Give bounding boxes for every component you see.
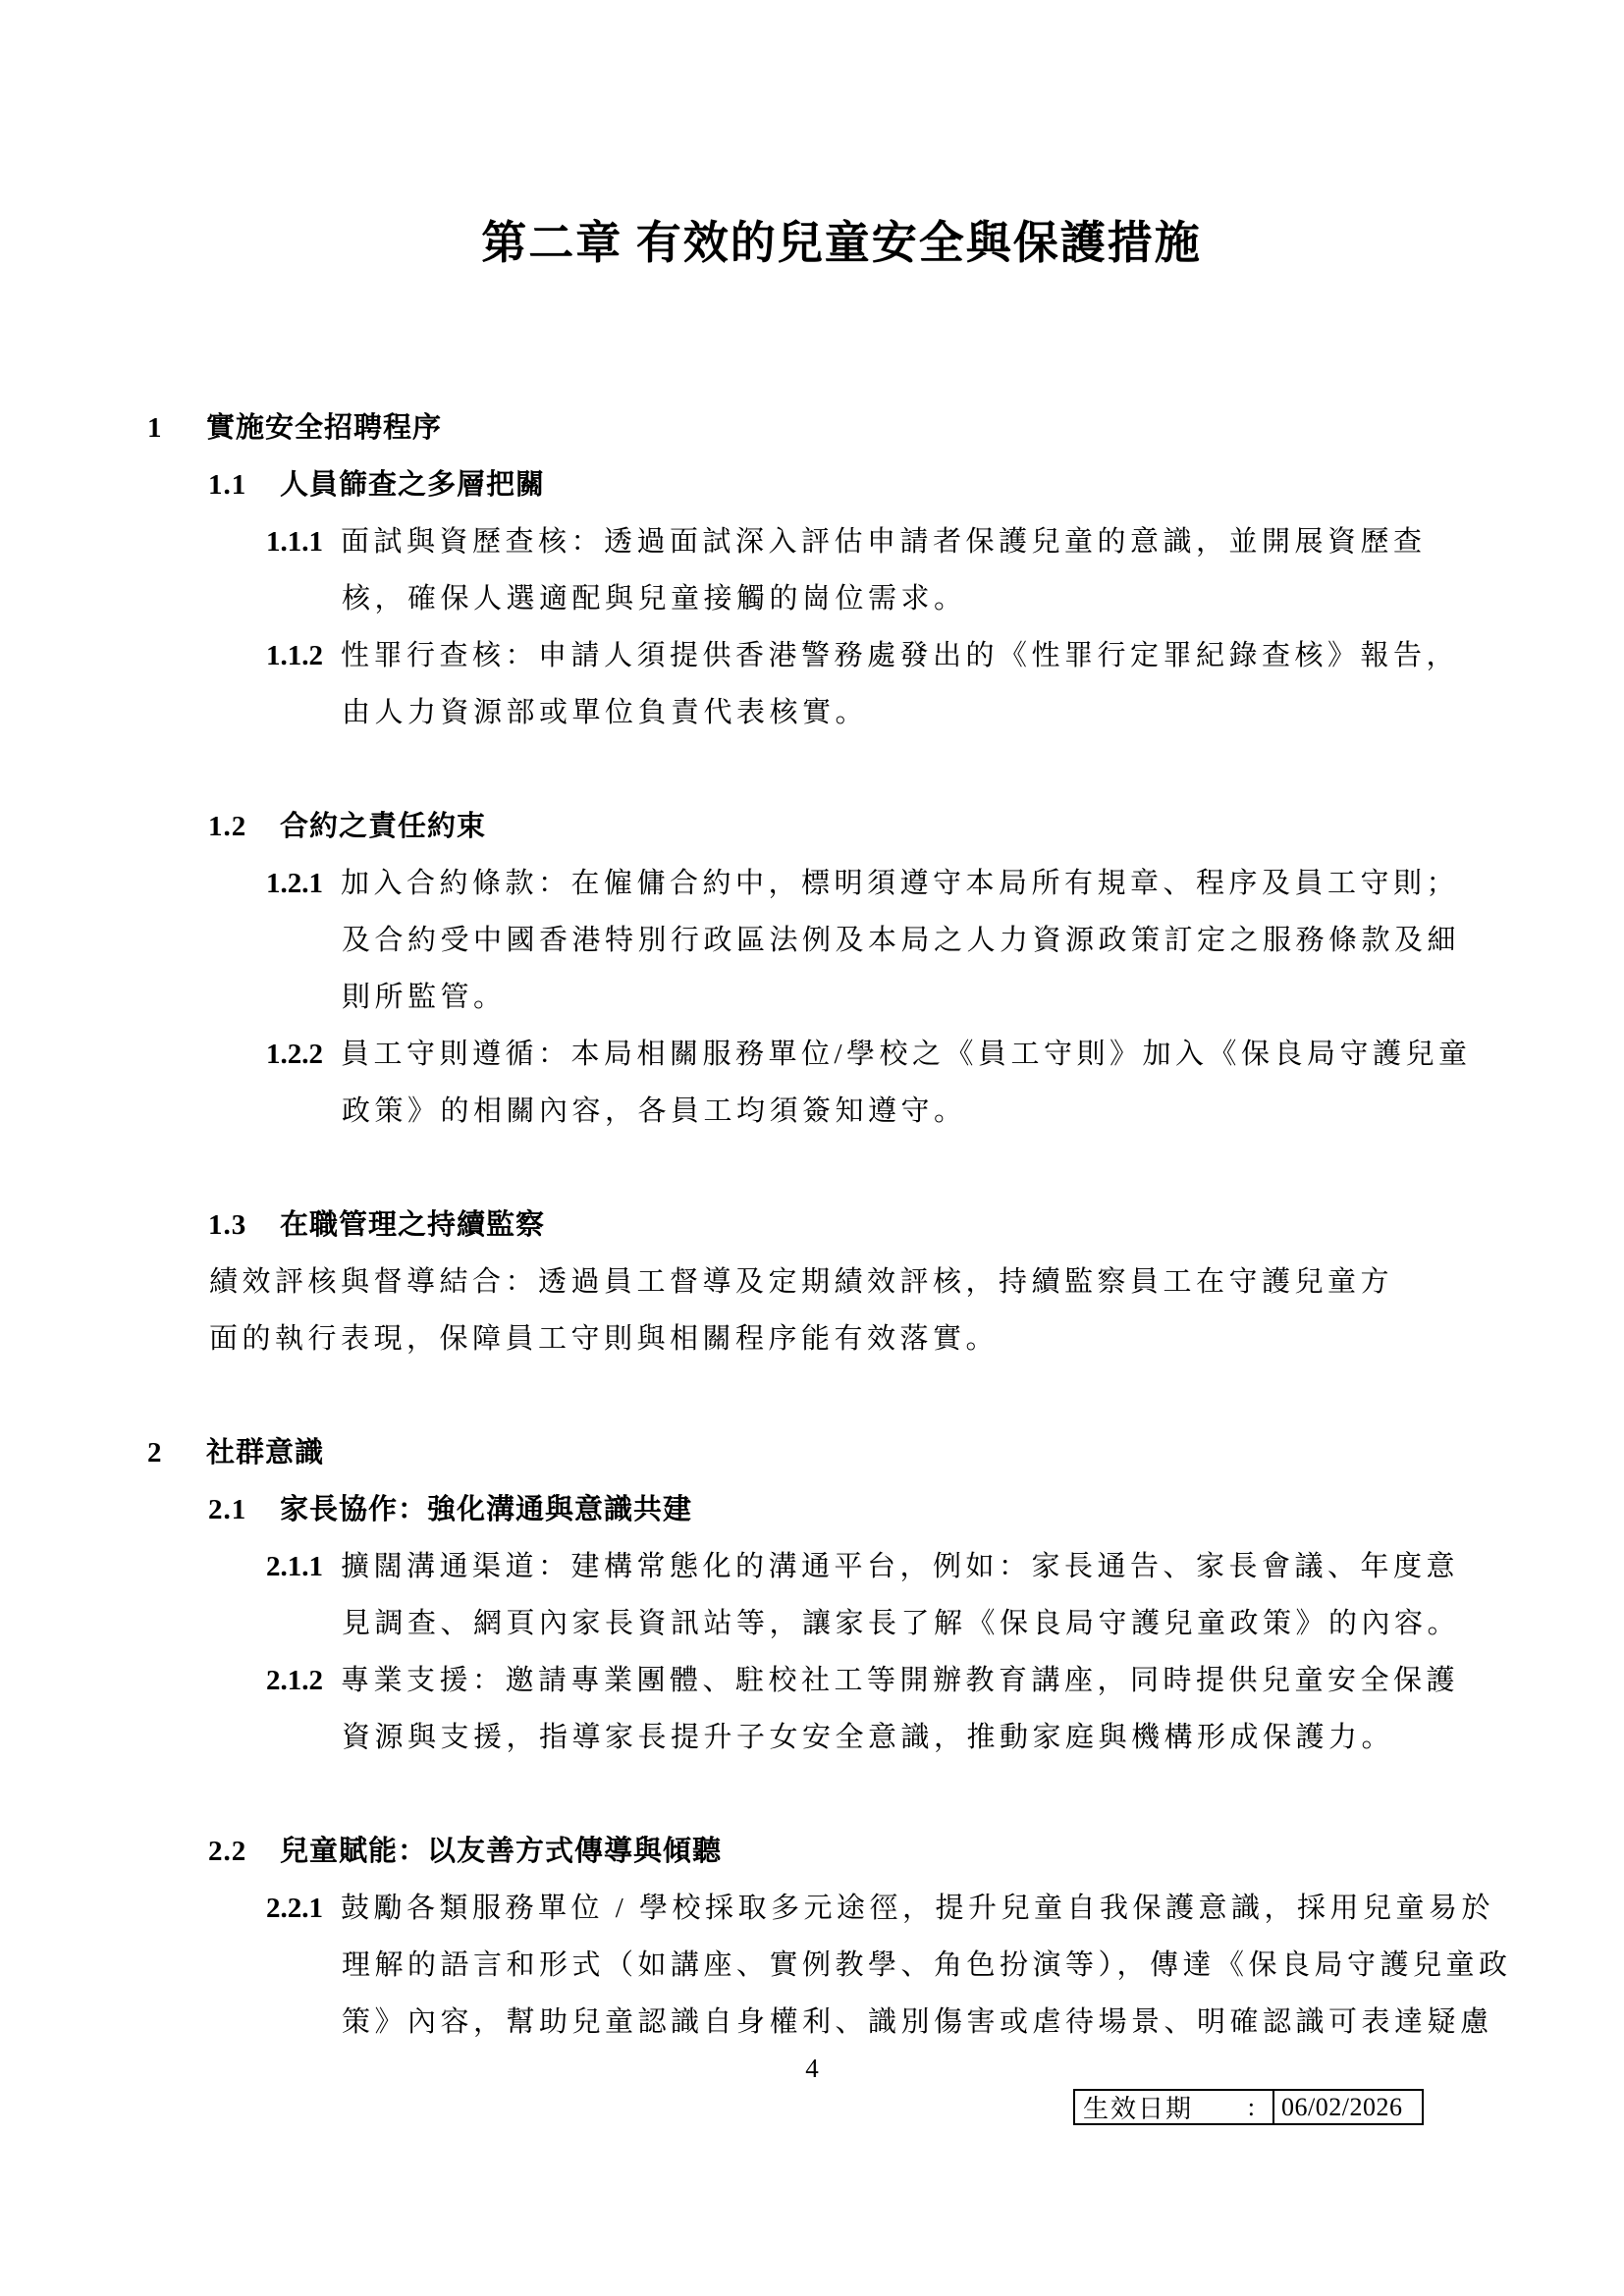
subsection-number: 1.2 — [208, 798, 246, 855]
continuation-line: 政策》的相關內容，各員工均須簽知遵守。 — [0, 1083, 1624, 1140]
item-number: 1.2.2 — [266, 1026, 323, 1083]
item-number: 2.1.2 — [266, 1652, 323, 1709]
subsection-heading: 家長協作：強化溝通與意識共建 — [280, 1494, 692, 1525]
subsection-heading: 在職管理之持續監察 — [280, 1209, 545, 1241]
continuation-line: 及合約受中國香港特別行政區法例及本局之人力資源政策訂定之服務條款及細 — [0, 912, 1624, 969]
document-page: 第二章 有效的兒童安全與保護措施 1 實施安全招聘程序 1.1 人員篩查之多層把… — [0, 0, 1624, 2296]
continuation-line: 見調查、網頁內家長資訊站等，讓家長了解《保良局守護兒童政策》的內容。 — [0, 1595, 1624, 1652]
item-number: 1.1.2 — [266, 627, 323, 684]
item-line: 鼓勵各類服務單位 / 學校採取多元途徑，提升兒童自我保護意識，採用兒童易於 — [341, 1893, 1494, 1924]
page-number: 4 — [0, 2056, 1624, 2082]
effective-date-value: 06/02/2026 — [1281, 2093, 1402, 2122]
section-1-row: 1 實施安全招聘程序 — [0, 400, 1624, 456]
chapter-title: 第二章 有效的兒童安全與保護措施 — [29, 0, 1624, 273]
item-number: 1.1.1 — [266, 513, 323, 570]
item-line: 性罪行查核：申請人須提供香港警務處發出的《性罪行定罪紀錄查核》報告， — [341, 640, 1459, 671]
item-1-2-1-row: 1.2.1 加入合約條款：在僱傭合約中，標明須遵守本局所有規章、程序及員工守則； — [0, 855, 1624, 912]
item-number: 2.2.1 — [266, 1880, 323, 1937]
subsection-1-3-row: 1.3 在職管理之持續監察 — [0, 1197, 1624, 1254]
item-line: 專業支援：邀請專業團體、駐校社工等開辦教育講座，同時提供兒童安全保護 — [341, 1665, 1459, 1696]
subsection-heading: 兒童賦能：以友善方式傳導與傾聽 — [280, 1836, 722, 1867]
item-line: 加入合約條款：在僱傭合約中，標明須遵守本局所有規章、程序及員工守則； — [341, 868, 1459, 899]
item-line: 面試與資歷查核：透過面試深入評估申請者保護兒童的意識，並開展資歷查 — [341, 526, 1427, 558]
subsection-number: 1.3 — [208, 1197, 246, 1254]
paragraph-line: 面的執行表現，保障員工守則與相關程序能有效落實。 — [0, 1310, 1624, 1367]
item-1-1-1-row: 1.1.1 面試與資歷查核：透過面試深入評估申請者保護兒童的意識，並開展資歷查 — [0, 513, 1624, 570]
item-2-1-2-row: 2.1.2 專業支援：邀請專業團體、駐校社工等開辦教育講座，同時提供兒童安全保護 — [0, 1652, 1624, 1709]
item-2-2-1-row: 2.2.1 鼓勵各類服務單位 / 學校採取多元途徑，提升兒童自我保護意識，採用兒… — [0, 1880, 1624, 1937]
subsection-number: 2.2 — [208, 1823, 246, 1880]
continuation-line: 由人力資源部或單位負責代表核實。 — [0, 684, 1624, 741]
effective-date-value-cell: 06/02/2026 — [1274, 2091, 1422, 2123]
subsection-2-1-row: 2.1 家長協作：強化溝通與意識共建 — [0, 1481, 1624, 1538]
subsection-1-1-row: 1.1 人員篩查之多層把關 — [0, 456, 1624, 513]
section-number: 1 — [147, 400, 163, 456]
continuation-line: 策》內容，幫助兒童認識自身權利、識別傷害或虐待場景、明確認識可表達疑慮 — [0, 1994, 1624, 2051]
subsection-heading: 合約之責任約束 — [280, 811, 486, 842]
item-2-1-1-row: 2.1.1 擴闊溝通渠道：建構常態化的溝通平台，例如：家長通告、家長會議、年度意 — [0, 1538, 1624, 1595]
continuation-line: 則所監管。 — [0, 969, 1624, 1026]
effective-date-table: 生效日期 : 06/02/2026 — [1073, 2089, 1424, 2125]
item-line: 員工守則遵循：本局相關服務單位/學校之《員工守則》加入《保良局守護兒童 — [341, 1039, 1472, 1070]
continuation-line: 核，確保人選適配與兒童接觸的崗位需求。 — [0, 570, 1624, 627]
item-1-1-2-row: 1.1.2 性罪行查核：申請人須提供香港警務處發出的《性罪行定罪紀錄查核》報告， — [0, 627, 1624, 684]
item-line: 擴闊溝通渠道：建構常態化的溝通平台，例如：家長通告、家長會議、年度意 — [341, 1551, 1459, 1582]
subsection-number: 2.1 — [208, 1481, 246, 1538]
paragraph-line: 績效評核與督導結合：透過員工督導及定期績效評核，持續監察員工在守護兒童方 — [0, 1254, 1624, 1310]
section-number: 2 — [147, 1424, 163, 1481]
effective-date-label-cell: 生效日期 : — [1075, 2091, 1274, 2123]
section-2-row: 2 社群意識 — [0, 1424, 1624, 1481]
item-1-2-2-row: 1.2.2 員工守則遵循：本局相關服務單位/學校之《員工守則》加入《保良局守護兒… — [0, 1026, 1624, 1083]
subsection-number: 1.1 — [208, 456, 246, 513]
subsection-heading: 人員篩查之多層把關 — [280, 469, 545, 501]
continuation-line: 理解的語言和形式（如講座、實例教學、角色扮演等），傳達《保良局守護兒童政 — [0, 1937, 1624, 1994]
section-heading: 社群意識 — [206, 1437, 324, 1468]
subsection-1-2-row: 1.2 合約之責任約束 — [0, 798, 1624, 855]
subsection-2-2-row: 2.2 兒童賦能：以友善方式傳導與傾聽 — [0, 1823, 1624, 1880]
item-number: 2.1.1 — [266, 1538, 323, 1595]
effective-date-colon: : — [1248, 2093, 1257, 2122]
effective-date-label: 生效日期 — [1083, 2089, 1193, 2125]
item-number: 1.2.1 — [266, 855, 323, 912]
section-heading: 實施安全招聘程序 — [206, 412, 442, 444]
continuation-line: 資源與支援，指導家長提升子女安全意識，推動家庭與機構形成保護力。 — [0, 1709, 1624, 1766]
